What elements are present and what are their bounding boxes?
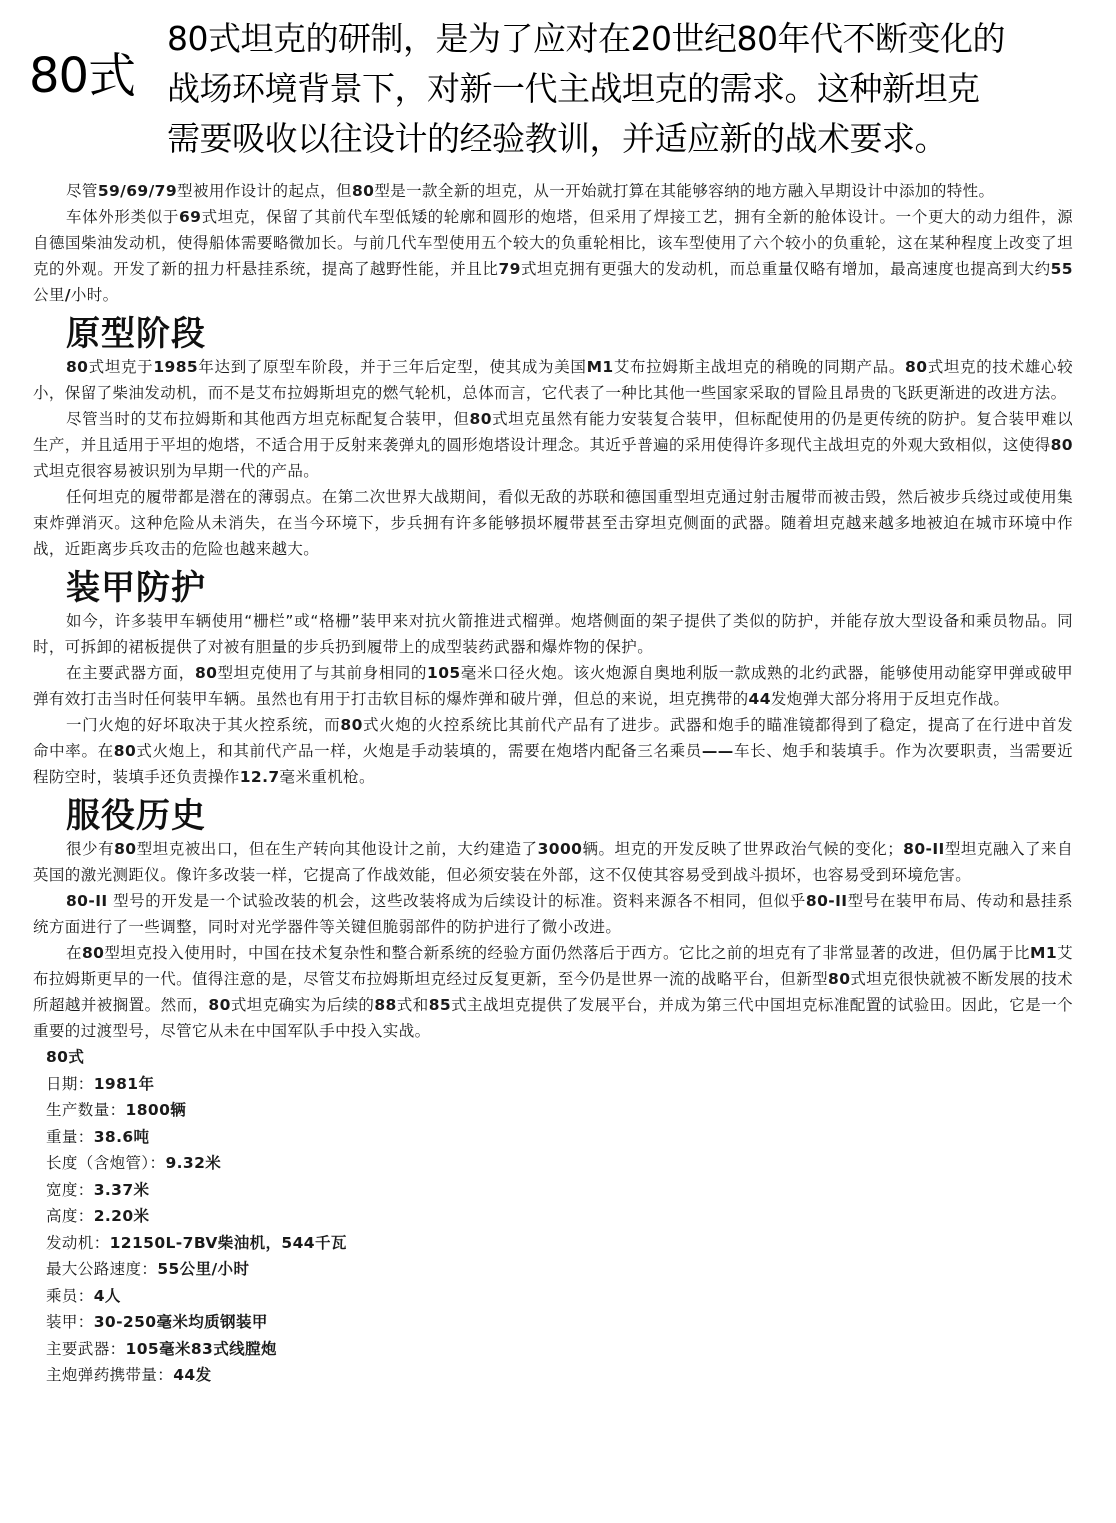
page-title: 80式 [29, 46, 135, 106]
spec-item: 长度（含炮管）：9.32米 [46, 1150, 1073, 1177]
spec-item: 主要武器：105毫米83式线膛炮 [46, 1336, 1073, 1363]
spec-item: 装甲：30-250毫米均质钢装甲 [46, 1309, 1073, 1336]
section-heading: 原型阶段 [66, 312, 1073, 356]
spec-item: 最大公路速度：55公里/小时 [46, 1256, 1073, 1283]
intro-line: 战场环境背景下，对新一代主战坦克的需求。这种新坦克 [167, 64, 1116, 114]
spec-item: 重量：38.6吨 [46, 1124, 1073, 1151]
spec-title: 80式 [46, 1044, 1073, 1071]
paragraph: 任何坦克的履带都是潜在的薄弱点。在第二次世界大战期间，看似无敌的苏联和德国重型坦… [33, 484, 1073, 562]
section-service-history: 服役历史 很少有80型坦克被出口，但在生产转向其他设计之前，大约建造了3000辆… [33, 794, 1073, 1044]
page-header: 80式 80式坦克的研制，是为了应对在20世纪80年代不断变化的 战场环境背景下… [0, 0, 1116, 165]
spec-item: 发动机：12150L-7BV柴油机，544千瓦 [46, 1230, 1073, 1257]
intro-line: 80式坦克的研制，是为了应对在20世纪80年代不断变化的 [167, 14, 1116, 64]
section-heading: 服役历史 [66, 794, 1073, 838]
paragraph: 很少有80型坦克被出口，但在生产转向其他设计之前，大约建造了3000辆。坦克的开… [33, 836, 1073, 888]
spec-item: 宽度：3.37米 [46, 1177, 1073, 1204]
paragraph: 在主要武器方面，80型坦克使用了与其前身相同的105毫米口径火炮。该火炮源自奥地… [33, 660, 1073, 712]
paragraph: 一门火炮的好坏取决于其火控系统，而80式火炮的火控系统比其前代产品有了进步。武器… [33, 712, 1073, 790]
paragraph: 在80型坦克投入使用时，中国在技术复杂性和整合新系统的经验方面仍然落后于西方。它… [33, 940, 1073, 1044]
paragraph: 车体外形类似于69式坦克，保留了其前代车型低矮的轮廓和圆形的炮塔，但采用了焊接工… [33, 204, 1073, 308]
section-prototype: 原型阶段 80式坦克于1985年达到了原型车阶段，并于三年后定型，使其成为美国M… [33, 312, 1073, 562]
paragraph: 80式坦克于1985年达到了原型车阶段，并于三年后定型，使其成为美国M1艾布拉姆… [33, 354, 1073, 406]
paragraph: 尽管59/69/79型被用作设计的起点，但80型是一款全新的坦克，从一开始就打算… [33, 178, 1073, 204]
intro-line: 需要吸收以往设计的经验教训，并适应新的战术要求。 [167, 114, 1116, 164]
intro-lead: 80式坦克的研制，是为了应对在20世纪80年代不断变化的 战场环境背景下，对新一… [167, 14, 1116, 164]
spec-item: 生产数量：1800辆 [46, 1097, 1073, 1124]
paragraph: 如今，许多装甲车辆使用“栅栏”或“格栅”装甲来对抗火箭推进式榴弹。炮塔侧面的架子… [33, 608, 1073, 660]
spec-item: 日期：1981年 [46, 1071, 1073, 1098]
spec-item: 主炮弹药携带量：44发 [46, 1362, 1073, 1389]
article-body: 尽管59/69/79型被用作设计的起点，但80型是一款全新的坦克，从一开始就打算… [33, 178, 1073, 1389]
spec-item: 乘员：4人 [46, 1283, 1073, 1310]
section-intro: 尽管59/69/79型被用作设计的起点，但80型是一款全新的坦克，从一开始就打算… [33, 178, 1073, 308]
section-armor: 装甲防护 如今，许多装甲车辆使用“栅栏”或“格栅”装甲来对抗火箭推进式榴弹。炮塔… [33, 566, 1073, 790]
spec-list: 80式 日期：1981年 生产数量：1800辆 重量：38.6吨 长度（含炮管）… [33, 1044, 1073, 1389]
paragraph: 尽管当时的艾布拉姆斯和其他西方坦克标配复合装甲，但80式坦克虽然有能力安装复合装… [33, 406, 1073, 484]
spec-item: 高度：2.20米 [46, 1203, 1073, 1230]
paragraph: 80-II 型号的开发是一个试验改装的机会，这些改装将成为后续设计的标准。资料来… [33, 888, 1073, 940]
section-heading: 装甲防护 [66, 566, 1073, 610]
